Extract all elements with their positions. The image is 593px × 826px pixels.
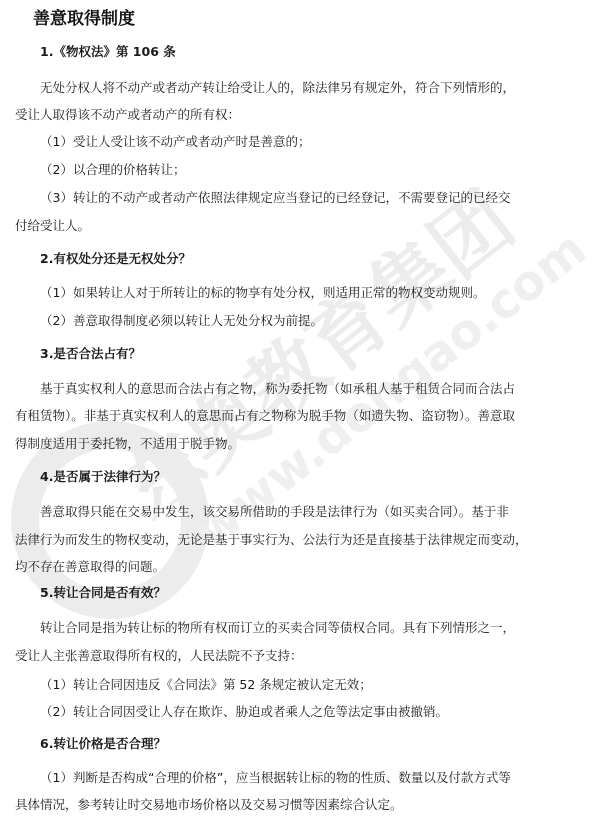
- paragraph-line: 基于真实权利人的意思而合法占有之物，称为委托物（如承租人基于租赁合同而合法占: [40, 381, 515, 397]
- paragraph-line: （1）转让合同因违反《合同法》第 52 条规定被认定无效；: [40, 677, 372, 693]
- section-heading: 3.是否合法占有？: [40, 346, 141, 362]
- paragraph-line: 法律行为而发生的物权变动，无论是基于事实行为、公法行为还是直接基于法律规定而变动…: [15, 532, 528, 548]
- paragraph-line: （2）善意取得制度必须以转让人无处分权为前提。: [40, 313, 323, 329]
- paragraph-line: 付给受让人。: [15, 218, 90, 234]
- paragraph-line: （3）转让的不动产或者动产依照法律规定应当登记的已经登记，不需要登记的已经交: [40, 190, 510, 206]
- paragraph-line: （1）受让人受让该不动产或者动产时是善意的；: [40, 134, 310, 150]
- section-heading: 4.是否属于法律行为？: [40, 469, 166, 485]
- paragraph-line: （2）转让合同因受让人存在欺诈、胁迫或者乘人之危等法定事由被撤销。: [40, 704, 448, 720]
- paragraph-line: （1）判断是否构成“合理的价格”，应当根据转让标的物的性质、数量以及付款方式等: [40, 770, 511, 786]
- page-title: 善意取得制度: [33, 4, 135, 29]
- paragraph-line: 均不存在善意取得的问题。: [15, 559, 165, 575]
- paragraph-line: 得制度适用于委托物，不适用于脱手物。: [15, 436, 240, 452]
- document-page: 东奥教育集团 www.dongao.com 善意取得制度 1.《物权法》第 10…: [0, 0, 593, 826]
- paragraph-line: 具体情况，参考转让时交易地市场价格以及交易习惯等因素综合认定。: [15, 797, 403, 813]
- paragraph-line: 善意取得只能在交易中发生，该交易所借助的手段是法律行为（如买卖合同）。基于非: [40, 504, 509, 520]
- section-heading: 5.转让合同是否有效？: [40, 585, 166, 601]
- paragraph-line: 无处分权人将不动产或者动产转让给受让人的，除法律另有规定外，符合下列情形的，: [40, 80, 515, 96]
- section-heading: 6.转让价格是否合理？: [40, 736, 166, 752]
- paragraph-line: （2）以合理的价格转让；: [40, 162, 185, 178]
- paragraph-line: 受让人取得该不动产或者动产的所有权：: [15, 107, 240, 123]
- paragraph-line: （1）如果转让人对于所转让的标的物享有处分权，则适用正常的物权变动规则。: [40, 285, 485, 301]
- svg-text:东奥教育集团: 东奥教育集团: [106, 176, 530, 535]
- paragraph-line: 受让人主张善意取得所有权的，人民法院不予支持：: [15, 648, 303, 664]
- paragraph-line: 有租赁物）。非基于真实权利人的意思而占有之物称为脱手物（如遗失物、盗窃物）。善意…: [15, 408, 515, 424]
- section-heading: 1.《物权法》第 106 条: [40, 44, 176, 60]
- paragraph-line: 转让合同是指为转让标的物所有权而订立的买卖合同等债权合同。具有下列情形之一，: [40, 620, 515, 636]
- section-heading: 2.有权处分还是无权处分？: [40, 251, 191, 267]
